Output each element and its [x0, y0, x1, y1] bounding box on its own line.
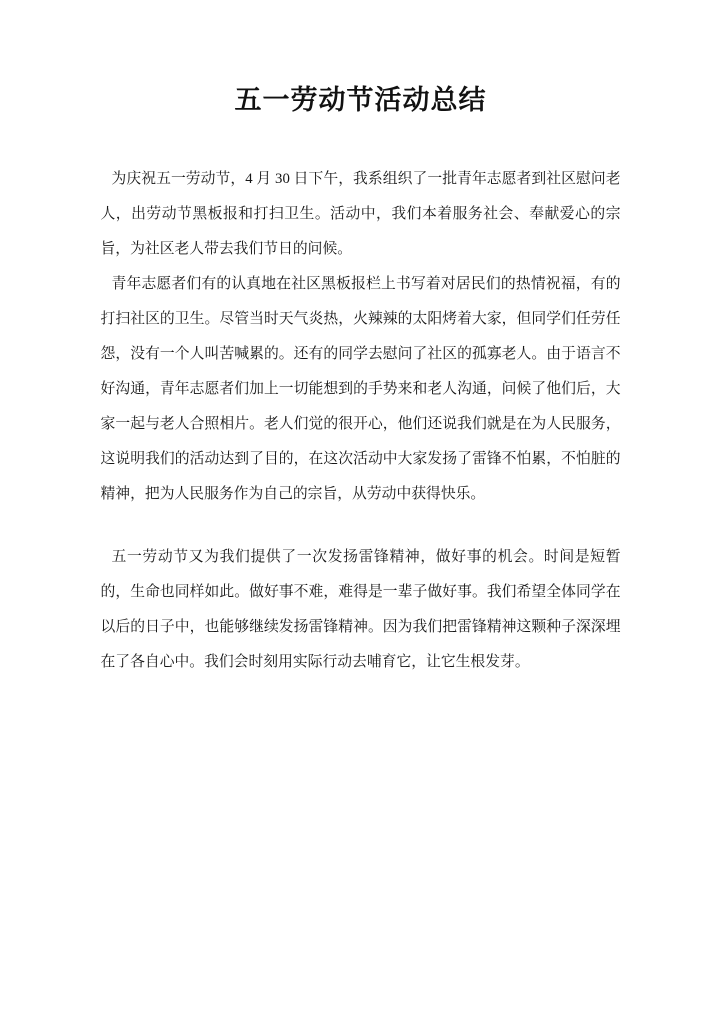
document-body: 为庆祝五一劳动节，4 月 30 日下午，我系组织了一批青年志愿者到社区慰问老人，…: [101, 162, 621, 680]
paragraph-activity-details: 青年志愿者们有的认真地在社区黑板报栏上书写着对居民们的热情祝福，有的打扫社区的卫…: [101, 267, 621, 512]
document-title: 五一劳动节活动总结: [0, 0, 721, 116]
paragraph-intro: 为庆祝五一劳动节，4 月 30 日下午，我系组织了一批青年志愿者到社区慰问老人，…: [101, 162, 621, 267]
document-page: 五一劳动节活动总结 为庆祝五一劳动节，4 月 30 日下午，我系组织了一批青年志…: [0, 0, 721, 1020]
paragraph-conclusion: 五一劳动节又为我们提供了一次发扬雷锋精神，做好事的机会。时间是短暂的，生命也同样…: [101, 540, 621, 680]
